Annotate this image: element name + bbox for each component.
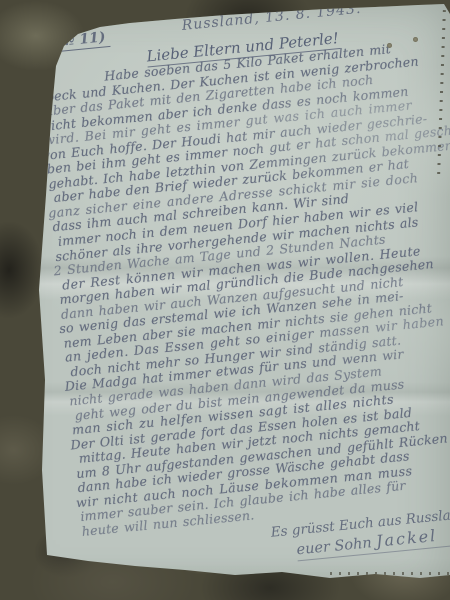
signature: Jackel: [375, 525, 438, 550]
letter-number: (№ 11): [50, 29, 110, 53]
letter-closing-2: euer Sohn: [296, 535, 373, 558]
pin-hole: [387, 43, 392, 48]
letter-body: Habe soeben das 5 Kilo Paket erhalten mi…: [38, 37, 450, 539]
perforation-edge-bottom: [330, 572, 450, 575]
pin-hole: [413, 37, 418, 42]
letter-paper: (№ 11) Russland, 13. 8. 1943. Liebe Elte…: [0, 0, 450, 600]
letter-content: (№ 11) Russland, 13. 8. 1943. Liebe Elte…: [38, 37, 450, 581]
